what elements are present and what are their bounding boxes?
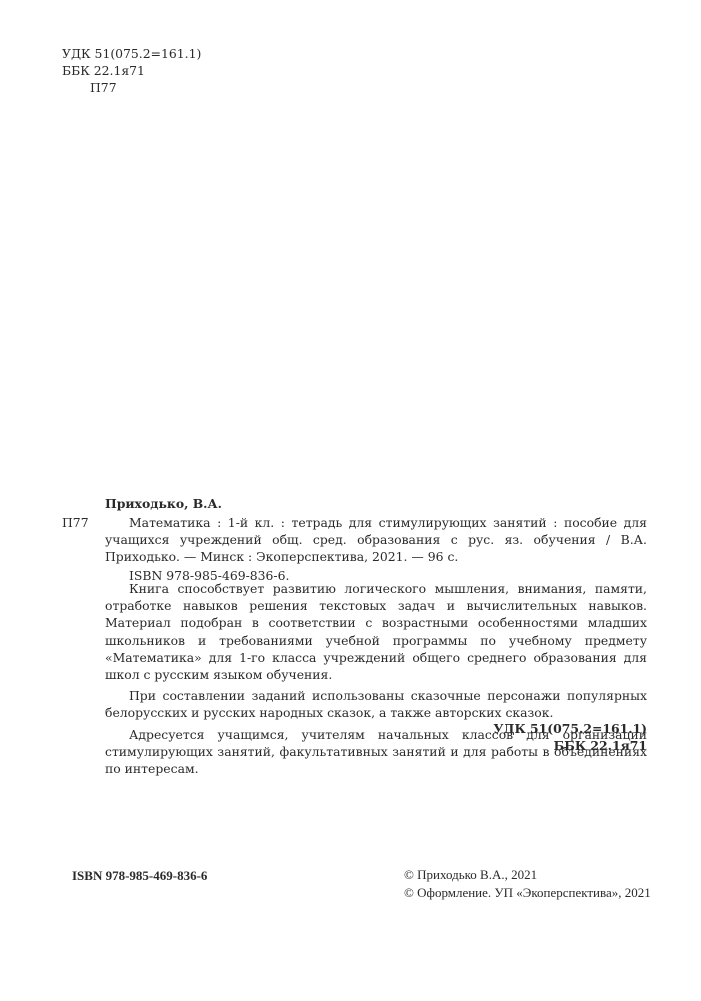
author-heading: Приходько, В.А.: [105, 495, 222, 512]
bibliographic-description: Математика : 1-й кл. : тетрадь для стиму…: [105, 514, 647, 565]
bbk-code: ББК 22.1я71: [62, 62, 201, 79]
bbk-code: ББК 22.1я71: [493, 737, 647, 754]
annotation-paragraph: При составлении заданий использованы ска…: [105, 687, 647, 721]
udk-code: УДК 51(075.2=161.1): [493, 720, 647, 737]
udk-code: УДК 51(075.2=161.1): [62, 45, 201, 62]
copyright-design: © Оформление. УП «Экоперспектива», 2021: [404, 884, 651, 902]
bottom-classification-codes: УДК 51(075.2=161.1) ББК 22.1я71: [493, 720, 647, 754]
copyright-block: © Приходько В.А., 2021 © Оформление. УП …: [404, 866, 651, 901]
copyright-author: © Приходько В.А., 2021: [404, 866, 651, 884]
annotation-paragraph: Книга способствует развитию логического …: [105, 580, 647, 683]
card-author-mark: П77: [62, 514, 89, 531]
top-classification-codes: УДК 51(075.2=161.1) ББК 22.1я71 П77: [62, 45, 201, 96]
footer-isbn: ISBN 978-985-469-836-6: [72, 868, 207, 884]
author-mark: П77: [62, 79, 201, 96]
